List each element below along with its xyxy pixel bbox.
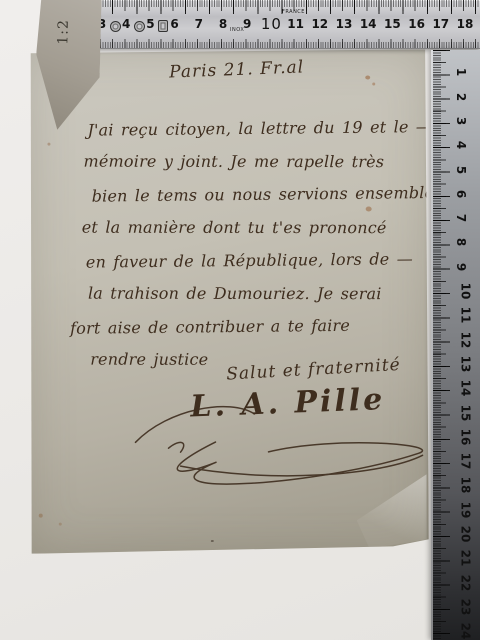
top-ruler-number: 18 bbox=[457, 17, 474, 31]
top-ruler-number: 16 bbox=[408, 17, 425, 31]
letter-paper: Paris 21. Fr.al J'ai reçu citoyen, la le… bbox=[29, 49, 429, 553]
letter-line: la trahison de Dumouriez. Je serai bbox=[88, 277, 416, 311]
letter-line: J'ai reçu citoyen, la lettre du 19 et le… bbox=[87, 110, 415, 146]
right-ruler: 123456789101112131415161718192021222324 bbox=[431, 50, 480, 640]
foxing-spot bbox=[372, 82, 375, 85]
inox-stamp: INOX bbox=[230, 27, 244, 33]
right-ruler-number: 4 bbox=[454, 141, 468, 149]
hallmark-icon bbox=[110, 21, 121, 32]
right-ruler-number: 18 bbox=[458, 477, 472, 494]
letter-line: en faveur de la République, lors de — bbox=[86, 242, 416, 278]
right-ruler-number: 17 bbox=[458, 453, 472, 470]
right-ruler-number: 12 bbox=[458, 331, 472, 348]
france-stamp: FRANCE bbox=[282, 9, 305, 15]
top-ruler-number: 10 bbox=[261, 15, 282, 33]
hallmark-icon bbox=[134, 21, 145, 32]
top-ruler-number: 15 bbox=[384, 17, 401, 31]
letter-body: J'ai reçu citoyen, la lettre du 19 et le… bbox=[85, 111, 416, 376]
right-ruler-number: 9 bbox=[454, 263, 468, 271]
right-ruler-number: 10 bbox=[458, 283, 472, 300]
scale-tag-label: 1:2 bbox=[55, 19, 72, 45]
foxing-spot bbox=[39, 514, 43, 518]
top-ruler-number: 13 bbox=[336, 17, 353, 31]
top-ruler-number: 6 bbox=[170, 17, 178, 31]
top-ruler-number: 4 bbox=[122, 17, 130, 31]
right-ruler-number: 15 bbox=[458, 404, 472, 421]
letter-line: fort aise de contribuer a te faire bbox=[70, 308, 416, 345]
top-ruler-number: 17 bbox=[432, 17, 449, 31]
right-ruler-number: 2 bbox=[454, 92, 468, 100]
right-ruler-number: 21 bbox=[458, 550, 472, 567]
right-ruler-number: 24 bbox=[458, 623, 472, 640]
letter-signature: L. A. Pille bbox=[190, 382, 386, 424]
maker-stamp-icon bbox=[158, 20, 168, 32]
top-ruler-number: 8 bbox=[219, 17, 227, 31]
paper-fold-corner bbox=[357, 474, 427, 548]
right-ruler-number: 20 bbox=[458, 526, 472, 543]
top-ruler-number: 14 bbox=[360, 17, 377, 31]
right-ruler-number: 22 bbox=[458, 574, 472, 591]
right-ruler-number: 13 bbox=[458, 356, 472, 373]
top-ruler-number: 5 bbox=[146, 17, 154, 31]
right-ruler-number: 23 bbox=[458, 599, 472, 616]
right-ruler-number: 11 bbox=[458, 307, 472, 324]
foxing-spot bbox=[59, 523, 62, 526]
foxing-spot bbox=[365, 76, 370, 80]
top-ruler-number: 11 bbox=[287, 17, 304, 31]
right-ruler-number: 1 bbox=[454, 68, 468, 76]
foxing-spot bbox=[211, 540, 214, 542]
letter-dateline: Paris 21. Fr.al bbox=[169, 57, 305, 82]
right-ruler-number: 8 bbox=[454, 238, 468, 246]
ruler-cm-ticks bbox=[433, 50, 450, 640]
right-ruler-number: 3 bbox=[454, 117, 468, 125]
top-ruler-number: 12 bbox=[311, 17, 328, 31]
letter-line: mémoire y joint. Je me rapelle très bbox=[83, 145, 415, 179]
right-ruler-number: 19 bbox=[458, 501, 472, 518]
letter-line: bien le tems ou nous servions ensemble bbox=[91, 176, 415, 212]
foxing-spot bbox=[47, 143, 50, 146]
top-ruler: 3456789101112131415161718 INOX FRANCE bbox=[88, 0, 480, 49]
ruler-halfcm-ticks bbox=[88, 39, 480, 48]
letter-line: et la manière dont tu t'es prononcé bbox=[82, 211, 416, 245]
photo-scene: Paris 21. Fr.al J'ai reçu citoyen, la le… bbox=[0, 0, 480, 640]
right-ruler-number: 5 bbox=[454, 165, 468, 173]
right-ruler-number: 7 bbox=[454, 214, 468, 222]
right-ruler-number: 6 bbox=[454, 190, 468, 198]
top-ruler-number: 7 bbox=[195, 17, 203, 31]
right-ruler-number: 14 bbox=[458, 380, 472, 397]
right-ruler-number: 16 bbox=[458, 428, 472, 445]
